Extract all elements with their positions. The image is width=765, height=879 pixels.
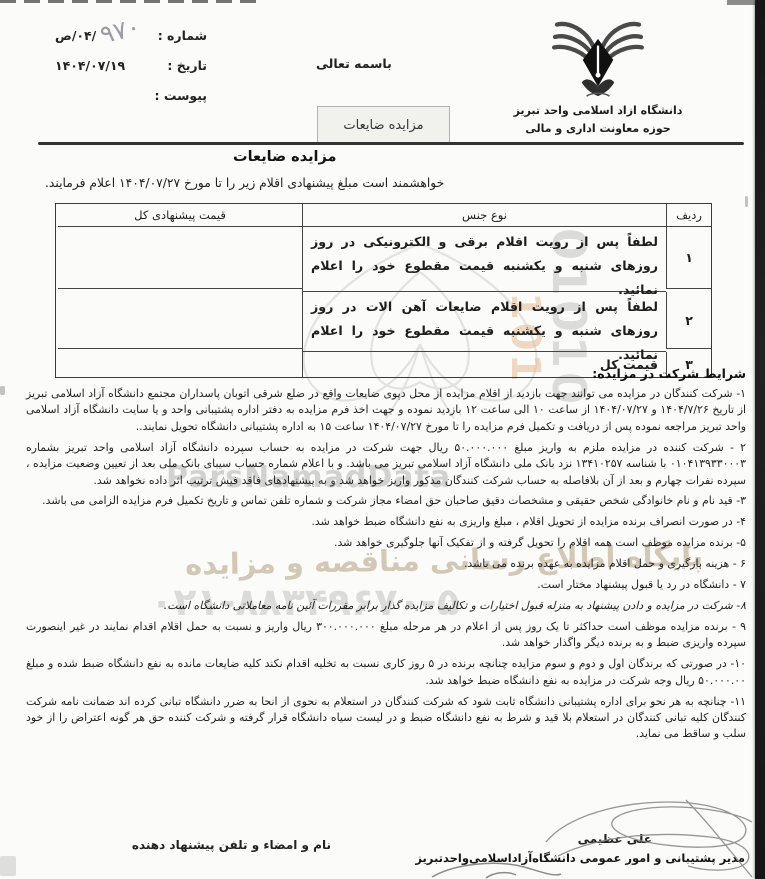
row1-number: ۱	[666, 227, 711, 289]
condition-item-4: ۴- در صورت انصراف برنده مزایده از تحویل …	[26, 514, 746, 530]
col-header-item-type: نوع جنس	[302, 204, 666, 227]
row2-item-description: لطفاً پس از رویت اقلام ضایعات آهن الات د…	[302, 292, 666, 352]
condition-item-5: ۵- برنده مزایده موظف است همه اقلام را تح…	[26, 535, 746, 551]
request-line: خواهشمند است مبلغ پیشنهادی اقلام زیر را …	[45, 176, 444, 190]
bidder-signature-label: نام و امضاء و تلفن پیشنهاد دهنده	[132, 838, 331, 852]
date-label: تاریخ :	[167, 58, 207, 73]
auction-items-table: ردیف نوع جنس قیمت پیشنهادی کل ۱ لطفاً پس…	[55, 203, 712, 378]
condition-item-11: ۱۱- چنانچه به هر نحو برای اداره پشتیبانی…	[26, 694, 746, 743]
attachment-label: پیوست :	[154, 88, 207, 103]
condition-item-1: ۱- شرکت کنندگان در مزایده می توانند جهت …	[26, 386, 746, 435]
signer-name: علی عظیمی	[578, 832, 652, 846]
meta-date-row: تاریخ : ۱۴۰۴/۰۷/۱۹	[55, 58, 207, 77]
condition-item-6: ۶ - هزینه بارگیری و حمل اقلام مزایده به …	[26, 556, 746, 572]
signer-title: مدیر پشتیبانی و امور عمومی دانشگاه‌آزادا…	[415, 851, 745, 865]
scan-speck	[745, 196, 748, 207]
row2-number: ۲	[666, 292, 711, 349]
number-printed-value: /۰۴/ص	[55, 28, 96, 43]
condition-item-7: ۷ - دانشگاه در رد یا قبول پیشنهاد مختار …	[26, 577, 746, 593]
azad-university-logo-icon	[550, 16, 646, 98]
row1-price-cell	[58, 227, 302, 289]
date-value: ۱۴۰۴/۰۷/۱۹	[55, 58, 125, 73]
meta-attachment-row: پیوست :	[55, 88, 207, 107]
subject-field-box: مزایده ضایعات	[317, 106, 450, 143]
scan-edge-band	[755, 0, 765, 879]
document-title: مزایده ضایعات	[233, 149, 337, 165]
scan-speck	[0, 856, 16, 876]
row1-item-description: لطفاً پس از رویت اقلام برقی و الکترونیکی…	[302, 227, 666, 292]
col-header-proposed-price: قیمت پیشنهادی کل	[58, 204, 302, 227]
condition-item-2: ۲ - شرکت کننده در مزایده ملزم به واریز م…	[26, 440, 746, 489]
row2-price-cell	[58, 292, 302, 349]
condition-item-10: ۱۰- در صورتی که برندگان اول و دوم و سوم …	[26, 656, 746, 689]
col-header-row-number: ردیف	[666, 204, 711, 227]
condition-item-9: ۹ - برنده مزایده موظف است حداکثر تا یک ر…	[26, 619, 746, 652]
condition-item-8: ۸- شرکت در مزایده و دادن پیشنهاد به منزل…	[26, 598, 746, 614]
number-label: شماره :	[158, 28, 207, 43]
university-header-block: دانشگاه ازاد اسلامی واحد تبریز حوزه معاو…	[498, 16, 698, 138]
org-dept-line: حوزه معاونت اداری و مالی	[498, 120, 698, 138]
scanned-document-page: 01010 101 ParsNamadData پایگاه اطلاع رسا…	[0, 0, 765, 879]
scan-top-artifact	[0, 0, 262, 3]
header-divider-rule	[38, 142, 744, 145]
bismillah-text: باسمه تعالی	[316, 56, 392, 71]
condition-item-3: ۳- قید نام و نام خانوادگی شخص حقیقی و مش…	[26, 493, 746, 509]
org-name-line: دانشگاه ازاد اسلامی واحد تبریز	[498, 102, 698, 120]
auction-conditions-section: شرایط شرکت در مزایده: ۱- شرکت کنندگان در…	[26, 366, 746, 747]
scan-speck	[0, 386, 5, 395]
scan-corner-artifact	[727, 0, 757, 5]
conditions-heading: شرایط شرکت در مزایده:	[26, 366, 746, 381]
